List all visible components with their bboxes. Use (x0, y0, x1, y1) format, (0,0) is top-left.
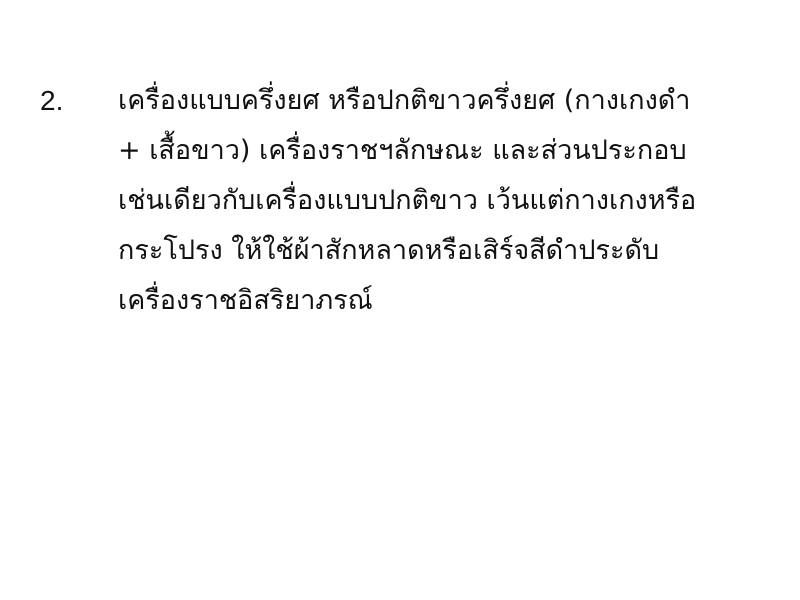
text-line-3: เช่นเดียวกับเครื่องแบบปกติขาว เว้นแต่กาง… (118, 176, 778, 226)
list-item-number: 2. (40, 76, 63, 126)
list-item-text: เครื่องแบบครึ่งยศ หรือปกติขาวครึ่งยศ (กา… (118, 76, 778, 326)
text-line-1: เครื่องแบบครึ่งยศ หรือปกติขาวครึ่งยศ (กา… (118, 76, 778, 126)
text-line-5: เครื่องราชอิสริยาภรณ์ (118, 276, 778, 326)
text-line-4: กระโปรง ให้ใช้ผ้าสักหลาดหรือเสิร์จสีดำปร… (118, 226, 778, 276)
text-line-2: + เสื้อขาว) เครื่องราชฯลักษณะ และส่วนประ… (118, 126, 778, 176)
slide: 2. เครื่องแบบครึ่งยศ หรือปกติขาวครึ่งยศ … (0, 0, 800, 600)
